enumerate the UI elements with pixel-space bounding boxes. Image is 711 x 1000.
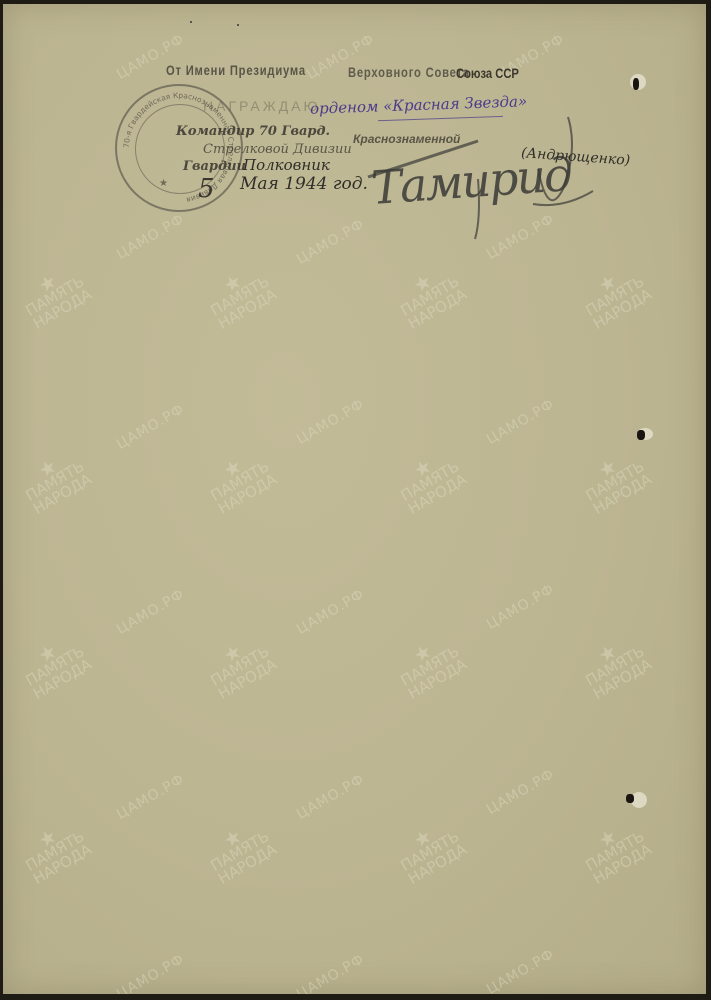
watermark-project: ★ПАМЯТЬ НАРОДА — [16, 816, 94, 887]
watermark-project: ★ПАМЯТЬ НАРОДА — [201, 261, 279, 332]
rank-handwritten: Полковник — [243, 156, 330, 174]
watermark-project: ★ПАМЯТЬ НАРОДА — [391, 816, 469, 887]
watermark-archive: ЦАМО.РФ — [484, 946, 557, 994]
watermark-project: ★ПАМЯТЬ НАРОДА — [16, 261, 94, 332]
watermark-archive: ЦАМО.РФ — [294, 396, 367, 448]
paper-speck — [237, 24, 239, 26]
watermark-project: ★ПАМЯТЬ НАРОДА — [576, 446, 654, 517]
paper-speck — [190, 21, 192, 23]
watermark-project: ★ПАМЯТЬ НАРОДА — [576, 261, 654, 332]
header-part1: От Имени Президиума — [166, 62, 306, 78]
header-part3: Союза ССР — [456, 65, 519, 81]
watermark-archive: ЦАМО.РФ — [114, 211, 187, 263]
watermark-archive: ЦАМО.РФ — [294, 586, 367, 638]
watermark-archive: ЦАМО.РФ — [114, 401, 187, 453]
watermark-project: ★ПАМЯТЬ НАРОДА — [391, 446, 469, 517]
commander-title-4: Гвардии — [183, 159, 246, 174]
punch-hole — [626, 794, 634, 803]
watermark-project: ★ПАМЯТЬ НАРОДА — [576, 816, 654, 887]
watermark-archive: ЦАМО.РФ — [484, 766, 557, 818]
date-day: 5 — [198, 174, 215, 204]
watermark-archive: ЦАМО.РФ — [294, 216, 367, 268]
watermark-project: ★ПАМЯТЬ НАРОДА — [16, 631, 94, 702]
watermark-project: ★ПАМЯТЬ НАРОДА — [201, 446, 279, 517]
date-handwritten: Мая 1944 год. — [240, 174, 368, 194]
watermark-project: ★ПАМЯТЬ НАРОДА — [391, 261, 469, 332]
watermark-project: ★ПАМЯТЬ НАРОДА — [201, 816, 279, 887]
watermark-project: ★ПАМЯТЬ НАРОДА — [201, 631, 279, 702]
document-page: ЦАМО.РФ ЦАМО.РФ ЦАМО.РФ ЦАМО.РФ ЦАМО.РФ … — [3, 4, 706, 994]
svg-text:★: ★ — [159, 178, 168, 189]
watermark-archive: ЦАМО.РФ — [114, 771, 187, 823]
watermark-archive: ЦАМО.РФ — [294, 771, 367, 823]
watermark-archive: ЦАМО.РФ — [484, 581, 557, 633]
signature-strokes — [363, 109, 603, 249]
watermark-archive: ЦАМО.РФ — [484, 396, 557, 448]
commander-title-3: Стрелковой Дивизии — [203, 142, 352, 157]
punch-hole — [633, 78, 639, 90]
watermark-archive: ЦАМО.РФ — [294, 951, 367, 994]
watermark-project: ★ПАМЯТЬ НАРОДА — [16, 446, 94, 517]
watermark-project: ★ПАМЯТЬ НАРОДА — [391, 631, 469, 702]
watermark-archive: ЦАМО.РФ — [114, 586, 187, 638]
commander-title-1: Командир 70 Гвард. — [176, 124, 330, 139]
watermark-project: ★ПАМЯТЬ НАРОДА — [576, 631, 654, 702]
header-part2: Верховного Совета — [348, 64, 470, 80]
punch-hole — [637, 430, 645, 440]
award-prefix: НАГРАЖДАЮ — [203, 98, 321, 114]
watermark-archive: ЦАМО.РФ — [114, 951, 187, 994]
